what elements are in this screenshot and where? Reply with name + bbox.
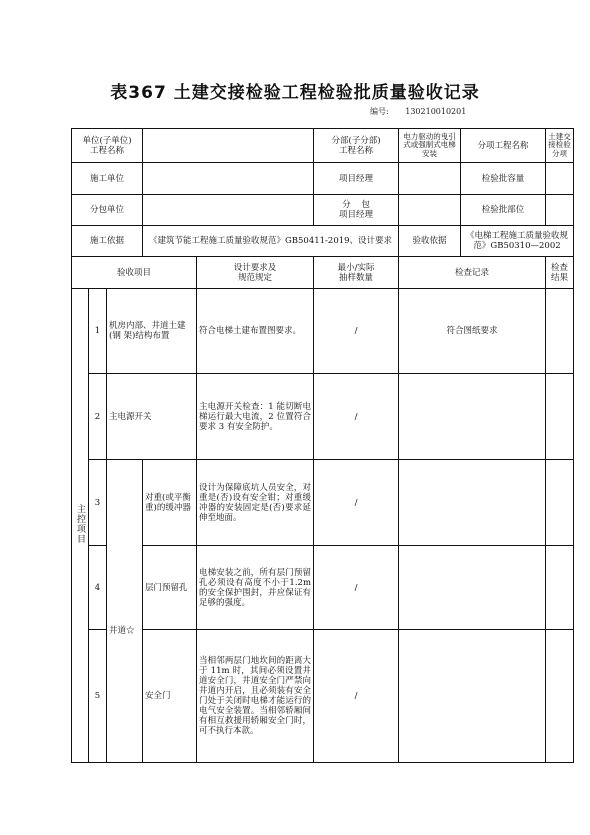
col-item: 验收项目 xyxy=(72,257,197,289)
row-result[interactable] xyxy=(546,460,574,546)
row-sample[interactable]: / xyxy=(314,289,399,374)
row-name: 层门预留孔 xyxy=(143,546,197,630)
subcontractor-value[interactable] xyxy=(143,195,314,226)
unit-value[interactable] xyxy=(143,129,314,163)
basis-value[interactable]: 《建筑节能工程施工质量验收规范》GB50411-2019、设计要求 xyxy=(143,226,399,257)
row-design: 设计为保障底坑人员安全，对重是(否)设有安全钳；对重缓冲器的安装固定是(否)要求… xyxy=(197,460,314,546)
row-no: 5 xyxy=(89,630,107,763)
basis-label: 施工依据 xyxy=(72,226,143,257)
sub-pm-value[interactable] xyxy=(399,195,461,226)
row-record[interactable] xyxy=(399,460,546,546)
contractor-value[interactable] xyxy=(143,163,314,195)
code-value: 130210010201 xyxy=(405,107,466,116)
row-record[interactable] xyxy=(399,374,546,460)
acceptance-label: 验收依据 xyxy=(399,226,461,257)
col-design: 设计要求及 规范规定 xyxy=(197,257,314,289)
code-label: 编号: xyxy=(370,107,389,116)
row-name: 安全门 xyxy=(143,630,197,763)
location-value[interactable] xyxy=(546,195,574,226)
row-sample[interactable]: / xyxy=(314,374,399,460)
row-result[interactable] xyxy=(546,546,574,630)
division-label: 分部(子分部) 工程名称 xyxy=(314,129,399,163)
row-no: 2 xyxy=(89,374,107,460)
row-result[interactable] xyxy=(546,630,574,763)
location-label: 检验批部位 xyxy=(461,195,546,226)
contractor-label: 施工单位 xyxy=(72,163,143,195)
table-row: 5 安全门 当相邻两层门地坎间的距离大于 11m 时，其间必须设置井道安全门，井… xyxy=(72,630,574,763)
row-record[interactable]: 符合图纸要求 xyxy=(399,289,546,374)
row-record[interactable] xyxy=(399,546,546,630)
row-sample[interactable]: / xyxy=(314,630,399,763)
subcontractor-label: 分包单位 xyxy=(72,195,143,226)
subitem-value[interactable]: 土建交接检验分项 xyxy=(546,129,574,163)
group-label: 主控项目 xyxy=(72,289,89,763)
row-no: 1 xyxy=(89,289,107,374)
row-result[interactable] xyxy=(546,289,574,374)
row-sample[interactable]: / xyxy=(314,546,399,630)
table-row: 主控项目 1 机房内部、井道土建(钢 架)结构布置 符合电梯土建布置图要求。 /… xyxy=(72,289,574,374)
row-design: 电梯安装之前，所有层门预留孔必须设有高度不小于1.2m 的安全保护围封，并应保证… xyxy=(197,546,314,630)
row-sample[interactable]: / xyxy=(314,460,399,546)
division-value[interactable]: 电力驱动的曳引式或强制式电梯安装 xyxy=(399,129,461,163)
table-row: 3 井道☆ 对重(或平衡重)的缓冲器 设计为保障底坑人员安全，对重是(否)设有安… xyxy=(72,460,574,546)
row-design: 主电源开关检查：1 能切断电梯运行最大电流，2 位置符合要求 3 有安全防护。 xyxy=(197,374,314,460)
row-design: 当相邻两层门地坎间的距离大于 11m 时，其间必须设置井道安全门，井道安全门严禁… xyxy=(197,630,314,763)
row-no: 4 xyxy=(89,546,107,630)
row-no: 3 xyxy=(89,460,107,546)
acceptance-value[interactable]: 《电梯工程施工质量验收规范》GB50310—2002 xyxy=(461,226,574,257)
pm-value[interactable] xyxy=(399,163,461,195)
capacity-value[interactable] xyxy=(546,163,574,195)
row-name: 机房内部、井道土建(钢 架)结构布置 xyxy=(107,289,197,374)
inspection-record-table: 单位(子单位) 工程名称 分部(子分部) 工程名称 电力驱动的曳引式或强制式电梯… xyxy=(71,128,574,763)
document-title: 表367 土建交接检验工程检验批质量验收记录 xyxy=(0,78,590,103)
col-record: 检查记录 xyxy=(399,257,546,289)
subitem-label: 分项工程名称 xyxy=(461,129,546,163)
shaft-label: 井道☆ xyxy=(107,460,143,763)
document-code: 编号: 130210010201 xyxy=(370,106,466,117)
capacity-label: 检验批容量 xyxy=(461,163,546,195)
table-row: 2 主电源开关 主电源开关检查：1 能切断电梯运行最大电流，2 位置符合要求 3… xyxy=(72,374,574,460)
row-design: 符合电梯土建布置图要求。 xyxy=(197,289,314,374)
row-record[interactable] xyxy=(399,630,546,763)
sub-pm-label: 分 包 项目经理 xyxy=(314,195,399,226)
row-name: 主电源开关 xyxy=(107,374,197,460)
col-result: 检查 结果 xyxy=(546,257,574,289)
row-result[interactable] xyxy=(546,374,574,460)
pm-label: 项目经理 xyxy=(314,163,399,195)
col-sample: 最小/实际 抽样数量 xyxy=(314,257,399,289)
row-name: 对重(或平衡重)的缓冲器 xyxy=(143,460,197,546)
unit-label: 单位(子单位) 工程名称 xyxy=(72,129,143,163)
table-row: 4 层门预留孔 电梯安装之前，所有层门预留孔必须设有高度不小于1.2m 的安全保… xyxy=(72,546,574,630)
